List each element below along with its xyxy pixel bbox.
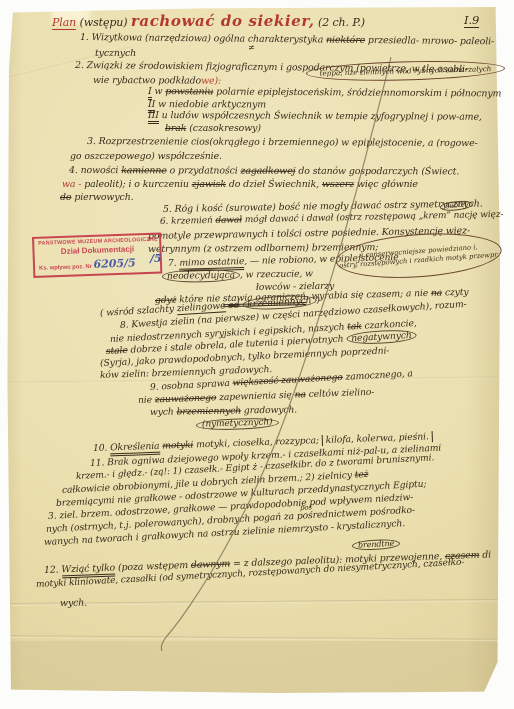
text-segment: 1. Wizytkowa (narzędziowa) ogólna charak… [80,32,326,46]
manuscript-line: 4. nowości kamienne o przydatności zagad… [69,166,459,177]
text-segment: polarnie epiplejstoceńskim, śródziemnomo… [213,86,501,99]
manuscript-line: ≠ [248,44,255,52]
text-segment: ≠ [248,43,255,52]
scanned-document-page: Plan (wstępu) rachować do siekier, (2 ch… [0,0,514,709]
manuscript-line: Plan (wstępu) rachować do siekier, (2 ch… [52,14,365,30]
text-segment: Plan [52,16,76,30]
text-segment: neodecydująca [162,269,240,283]
text-segment: tak [347,321,362,333]
text-segment: na [431,287,442,298]
text-segment: wie rybactwo podkłado [93,75,201,87]
text-segment: powstaniu [165,86,213,97]
text-segment: wych. [60,598,87,609]
text-segment: czyty [442,287,469,299]
text-segment: gradowych. [241,404,297,416]
text-segment: zjawisk [192,179,226,190]
text-segment: w [152,86,166,97]
text-segment: 9. osobna sprawa [150,378,233,393]
manuscript-line: go oszczepowego) współcześnie. [70,152,222,162]
text-segment: brendtne [358,539,395,550]
stamp-registry-row: Ks. wpływu poz. Nr 6205/5 [39,256,157,273]
manuscript-line: neodecydująca, w rzeczucie, w [162,269,313,281]
text-segment: wszerz [322,179,354,190]
text-segment: celtów zielino- [306,387,375,400]
text-segment: pierwowych. [71,192,133,203]
manuscript-line: I.9 [464,14,479,26]
text-segment: ) [316,295,320,306]
manuscript-line: wa - paleolit); i o kurczeniu zjawisk do… [62,180,418,190]
manuscript-line: wych brzemiennych gradowych. [150,405,297,417]
stamp-registry-number: 6205/5 [93,256,136,270]
manuscript-line: brak (czasokresowy) [165,124,261,134]
text-segment: 6. krzemień [160,216,216,227]
manuscript-line: tycznych [95,49,136,59]
text-segment: więc głównie [354,179,418,190]
text-segment: 7. [168,258,180,269]
text-segment: subtel [445,200,467,210]
text-segment: w niedobie arktycznym [155,99,266,110]
text-segment: brzemiennych [176,405,241,417]
text-segment: przesiedla- mrowo- paleoli- [365,35,494,47]
text-segment: do [60,192,71,203]
text-segment: paleolit); i o kurczeniu [84,179,191,190]
text-segment: 10. [93,442,111,454]
text-segment: go oszczepowego) współcześnie. [70,151,222,162]
manuscript-line: (nymetycznych) [196,417,279,431]
text-segment: niektóre [326,35,365,46]
text-segment: zauważonego [155,392,217,405]
text-segment: dawał [215,215,242,226]
manuscript-line: wie rybactwo podkładowe): [93,76,221,87]
text-segment: (nymetycznych) [202,417,273,429]
text-segment: tycznych [95,48,136,59]
text-segment: 3. Rozprzestrzenienie cios(okrągłego i b… [87,136,478,149]
text-segment: rachować do siekier, [131,12,315,30]
museum-stamp: PAŃSTWOWE MUZEUM ARCHEOLOGICZNE Dział Do… [32,232,162,277]
text-segment: stale [106,345,128,357]
text-segment: (2 ch. P.) [315,16,365,29]
text-segment: wych [150,407,177,418]
text-segment: III [148,110,159,124]
text-segment: , wyrabia się czasem; a nie [306,288,431,302]
text-segment: zapewnienia się [216,390,295,404]
text-segment: u ludów współczesnych Świechnik w tempie… [159,110,482,123]
manuscript-line: I w powstaniu polarnie epiplejstoceńskim… [148,87,501,99]
text-segment: do stanów gospodarczych (Świect. [295,166,459,178]
manuscript-line: II w niedobie arktycznym [148,100,266,110]
text-segment: Określenia [110,441,160,457]
manuscript-line: brendtne [352,538,401,551]
manuscript-line: do pierwowych. [60,193,134,203]
text-segment: też [354,469,368,481]
text-segment: na [294,389,306,400]
text-segment: 12. [44,564,62,576]
text-segment: zagadkowej [241,166,296,177]
manuscript-line: 1. Wizytkowa (narzędziowa) ogólna charak… [80,33,494,47]
text-segment: (czasokresowy) [186,123,261,134]
text-segment: we): [201,76,221,87]
text-segment: motyki [162,440,193,452]
text-segment: dawnym [191,559,231,571]
text-segment: brak [165,123,186,134]
text-segment: , w rzeczucie, w [240,268,313,280]
text-segment: di [479,549,491,560]
text-segment: do dzieł Świechnik, [226,179,322,190]
text-segment: o przydatności [167,165,241,176]
text-segment: kamienne [121,165,167,176]
manuscript-line: wych. [60,599,87,609]
text-segment: (wstępu) [76,16,131,29]
text-segment: I.9 [464,13,479,28]
manuscript-text-layer: Plan (wstępu) rachować do siekier, (2 ch… [0,0,514,709]
annotation-bubble-line: teppa, nże ziemnych wód rybnych zamarzał… [319,64,491,77]
text-segment: zamocznego, a [342,368,413,383]
text-segment: wa - [62,179,84,190]
stamp-number-suffix: /5 [150,252,162,265]
manuscript-line: III u ludów współczesnych Świechnik w te… [148,111,482,123]
text-segment: 4. nowości [69,165,121,176]
text-segment: od [228,299,240,311]
text-segment: nie [138,394,155,406]
manuscript-line: 3. Rozprzestrzenienie cios(okrągłego i b… [87,137,478,149]
stamp-registry-label: Ks. wpływu poz. Nr [39,264,92,272]
